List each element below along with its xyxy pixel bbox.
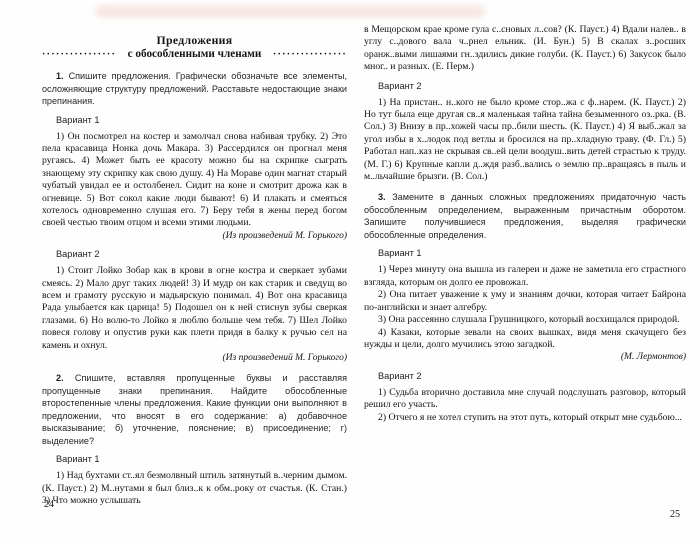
task1-number: 1. — [56, 71, 64, 81]
scan-artifact — [95, 5, 485, 18]
task3-variant1-label: Вариант 1 — [378, 248, 686, 259]
task1-variant1-text: 1) Он посмотрел на костер и замолчал сно… — [42, 131, 347, 230]
task1-variant2-text: 1) Стоит Лойко Зобар как в крови в огне … — [42, 265, 347, 352]
task3-variant1-item: 2) Она питает уважение к уму и знаниям д… — [364, 289, 686, 314]
task2-variant1-text: 1) Над бухтами ст..ял безмолвный штиль з… — [42, 470, 347, 507]
page-right: в Мещорском крае кроме гула с..сновых л.… — [364, 24, 686, 424]
task2-number: 2. — [56, 373, 64, 383]
task3-variant1-item: 4) Казаки, которые зевали на своих вышка… — [364, 327, 686, 352]
task3-instruction-text: Замените в данных сложных предложениях п… — [364, 192, 686, 240]
task1-variant1-source: (Из произведений М. Горького) — [42, 230, 347, 242]
section-title-line1: Предложения — [42, 33, 347, 47]
task3-variant2-item: 2) Отчего я не хотел ступить на этот пут… — [364, 412, 686, 424]
task2-instruction-text: Спишите, вставляя пропущенные буквы и ра… — [42, 373, 347, 446]
task3-source: (М. Лермонтов) — [364, 351, 686, 363]
task2-variant2-text: 1) На пристан.. н..кого не было кроме ст… — [364, 97, 686, 184]
dot-leader-right: ················ — [273, 48, 347, 62]
task3-variant2-item: 1) Судьба вторично доставила мне случай … — [364, 387, 686, 412]
section-heading: Предложения ················ с обособлен… — [42, 33, 347, 62]
task1-instruction-text: Спишите предложения. Графически обозначь… — [42, 71, 347, 106]
page-left: Предложения ················ с обособлен… — [42, 33, 347, 508]
task1-instruction: 1. Спишите предложения. Графически обозн… — [42, 70, 347, 108]
task2-variant1-continuation: в Мещорском крае кроме гула с..сновых л.… — [364, 24, 686, 74]
dot-leader-left: ················ — [42, 48, 116, 62]
task3-variant2-label: Вариант 2 — [378, 371, 686, 382]
page-number-right: 25 — [670, 509, 680, 520]
task2-instruction: 2. Спишите, вставляя пропущенные буквы и… — [42, 372, 347, 447]
section-title-line2: с обособленными членами — [128, 47, 262, 61]
task3-variant1-item: 3) Она рассеянно слушала Грушницкого, ко… — [364, 314, 686, 326]
page-number-left: 24 — [44, 499, 54, 510]
task2-variant2-label: Вариант 2 — [378, 81, 686, 92]
task1-variant2-label: Вариант 2 — [56, 249, 347, 260]
task2-variant1-label: Вариант 1 — [56, 454, 347, 465]
task1-variant1-label: Вариант 1 — [56, 115, 347, 126]
task1-variant2-source: (Из произведений М. Горького) — [42, 352, 347, 364]
task3-instruction: 3. Замените в данных сложных предложения… — [364, 191, 686, 241]
task3-number: 3. — [378, 192, 386, 202]
section-title-line2-row: ················ с обособленными членами… — [42, 47, 347, 62]
task3-variant1-item: 1) Через минуту она вышла из галереи и д… — [364, 264, 686, 289]
